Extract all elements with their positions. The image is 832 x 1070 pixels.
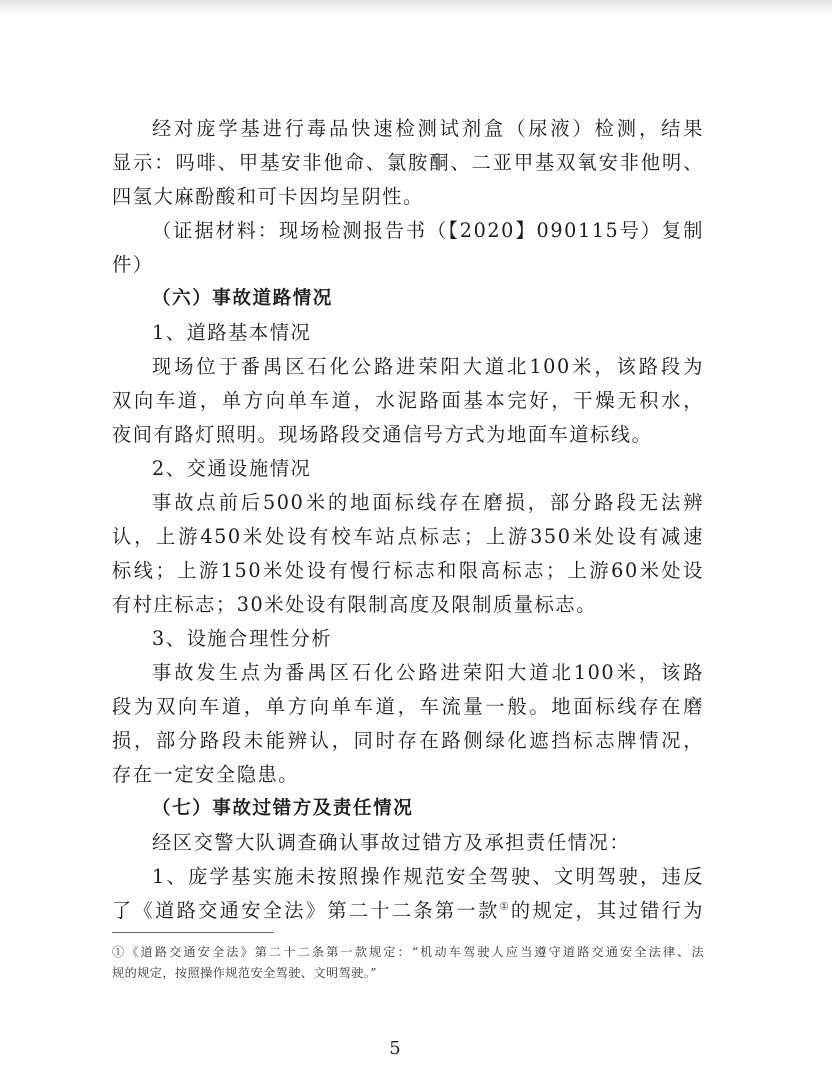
text-line: 夜间有路灯照明。现场路段交通信号方式为地面车道标线。	[112, 418, 704, 452]
document-body: 经对庞学基进行毒品快速检测试剂盒（尿液）检测，结果 显示：吗啡、甲基安非他命、氯…	[112, 112, 704, 928]
paragraph-road-basics: 现场位于番禺区石化公路进荣阳大道北100米，该路段为 双向车道，单方向单车道，水…	[112, 350, 704, 452]
paragraph-drug-test: 经对庞学基进行毒品快速检测试剂盒（尿液）检测，结果 显示：吗啡、甲基安非他命、氯…	[112, 112, 704, 214]
paragraph-facility-analysis: 事故发生点为番禺区石化公路进荣阳大道北100米，该路 段为双向车道，单方向单车道…	[112, 656, 704, 792]
subheading-road-basics: 1、道路基本情况	[112, 316, 704, 350]
text-line: 损，部分路段未能辨认，同时存在路侧绿化遮挡标志牌情况，	[112, 724, 704, 758]
text-line: 了《道路交通安全法》第二十二条第一款①的规定，其过错行为	[112, 894, 704, 928]
text-fragment: 的规定，其过错行为	[511, 899, 704, 922]
subheading-traffic-facilities: 2、交通设施情况	[112, 452, 704, 486]
text-line: 1、庞学基实施未按照操作规范安全驾驶、文明驾驶，违反	[112, 860, 704, 894]
text-line: 四氢大麻酚酸和可卡因均呈阴性。	[112, 180, 704, 214]
text-line: 认，上游450米处设有校车站点标志；上游350米处设有减速	[112, 520, 704, 554]
section-heading-responsibility: （七）事故过错方及责任情况	[112, 792, 704, 826]
text-line: 经区交警大队调查确认事故过错方及承担责任情况：	[112, 826, 704, 860]
footnote-separator	[112, 932, 274, 933]
text-line: 事故发生点为番禺区石化公路进荣阳大道北100米，该路	[112, 656, 704, 690]
paragraph-evidence: （证据材料：现场检测报告书（【2020】090115号）复制 件）	[112, 214, 704, 282]
paragraph-responsibility-1: 1、庞学基实施未按照操作规范安全驾驶、文明驾驶，违反 了《道路交通安全法》第二十…	[112, 860, 704, 928]
text-line: 标线；上游150米处设有慢行标志和限高标志；上游60米处设	[112, 554, 704, 588]
page-number: 5	[0, 1038, 790, 1059]
text-line: 有村庄标志；30米处设有限制高度及限制质量标志。	[112, 588, 704, 622]
subheading-facility-analysis: 3、设施合理性分析	[112, 622, 704, 656]
text-line: 件）	[112, 248, 704, 282]
paragraph-traffic-facilities: 事故点前后500米的地面标线存在磨损，部分路段无法辨 认，上游450米处设有校车…	[112, 486, 704, 622]
text-line: 显示：吗啡、甲基安非他命、氯胺酮、二亚甲基双氧安非他明、	[112, 146, 704, 180]
text-line: 经对庞学基进行毒品快速检测试剂盒（尿液）检测，结果	[112, 112, 704, 146]
footnote-line: 规的规定，按照操作规范安全驾驶、文明驾驶。”	[112, 963, 704, 984]
text-fragment: 了《道路交通安全法》第二十二条第一款	[112, 899, 500, 922]
footnote-line: ①《道路交通安全法》第二十二条第一款规定：“机动车驾驶人应当遵守道路交通安全法律…	[112, 942, 704, 963]
footnote-marker: ①	[500, 902, 511, 913]
scan-edge-shadow	[0, 0, 832, 14]
section-heading-road: （六）事故道路情况	[112, 282, 704, 316]
text-line: 存在一定安全隐患。	[112, 758, 704, 792]
text-line: 段为双向车道，单方向单车道，车流量一般。地面标线存在磨	[112, 690, 704, 724]
text-line: （证据材料：现场检测报告书（【2020】090115号）复制	[112, 214, 704, 248]
text-line: 事故点前后500米的地面标线存在磨损，部分路段无法辨	[112, 486, 704, 520]
text-line: 双向车道，单方向单车道，水泥路面基本完好，干燥无积水，	[112, 384, 704, 418]
text-line: 现场位于番禺区石化公路进荣阳大道北100米，该路段为	[112, 350, 704, 384]
footnote: ①《道路交通安全法》第二十二条第一款规定：“机动车驾驶人应当遵守道路交通安全法律…	[112, 942, 704, 984]
